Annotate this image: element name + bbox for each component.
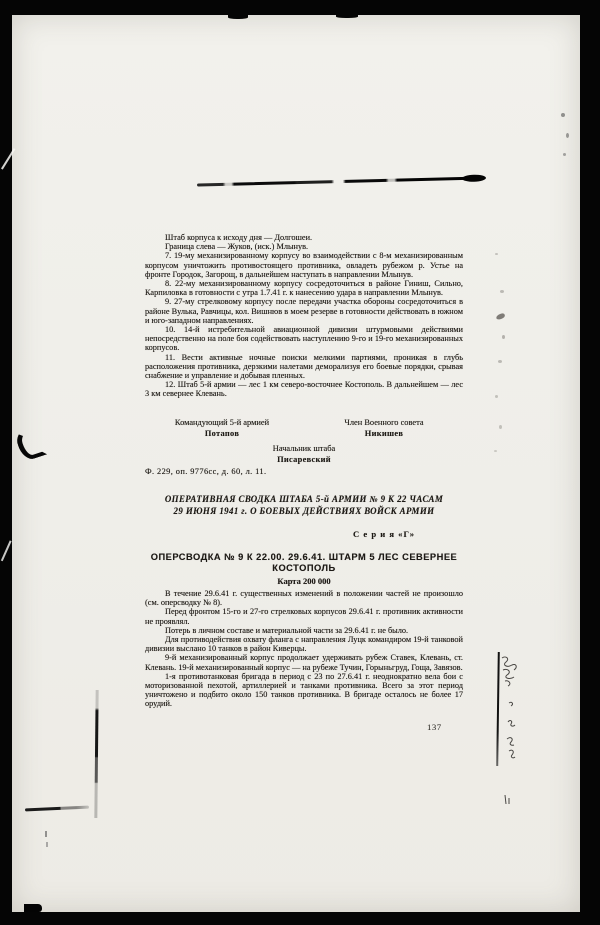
order-paragraph: 9. 27-му стрелковому корпусу после перед… [145, 297, 463, 325]
left-margin-dash [25, 806, 89, 812]
report-paragraph: Потерь в личном составе и материальной ч… [145, 626, 463, 635]
order-paragraph: 12. Штаб 5-й армии — лес 1 км северо-вос… [145, 380, 463, 398]
scan-speck [499, 425, 502, 429]
report-paragraph: В течение 29.6.41 г. существенных измене… [145, 589, 463, 607]
report-title-line: ОПЕРАТИВНАЯ СВОДКА ШТАБА 5-й АРМИИ № 9 К… [145, 494, 463, 506]
left-margin-streak [94, 690, 98, 818]
signature-commander: Командующий 5-й армией Потапов [145, 418, 299, 438]
signature-chief-of-staff: Начальник штаба Писаревский [145, 444, 463, 464]
paper-crease [1, 540, 11, 561]
scan-speck [561, 113, 565, 117]
order-paragraph: 10. 14-й истребительной авиационной диви… [145, 325, 463, 353]
scanned-page: Штаб корпуса к исходу дня — Долгошеи. Гр… [0, 0, 600, 925]
series-marking: С е р и я «Г» [145, 529, 463, 539]
signature-name: Потапов [145, 429, 299, 439]
scan-speck [495, 313, 505, 321]
report-body-section: В течение 29.6.41 г. существенных измене… [145, 589, 463, 709]
document-paper: Штаб корпуса к исходу дня — Долгошеи. Гр… [12, 15, 580, 912]
report-paragraph: 1-я противотанковая бригада в период с 2… [145, 672, 463, 709]
margin-tick [45, 831, 47, 837]
signature-title: Начальник штаба [145, 444, 463, 454]
signature-block: Командующий 5-й армией Потапов Член Воен… [145, 418, 463, 464]
scan-speck [495, 395, 498, 398]
signature-name: Никишев [319, 429, 449, 439]
scan-speck [563, 153, 566, 156]
margin-tick [46, 842, 48, 847]
order-paragraph: 7. 19-му механизированному корпусу во вз… [145, 251, 463, 279]
map-note: Карта 200 000 [145, 576, 463, 586]
order-paragraph: 8. 22-му механизированному корпусу сосре… [145, 279, 463, 297]
scan-speck [498, 360, 502, 363]
signature-military-council: Член Военного совета Никишев [319, 418, 449, 438]
report-paragraph: Перед фронтом 15-го и 27-го стрелковых к… [145, 607, 463, 625]
scan-speck [502, 335, 505, 339]
page-number: 137 [427, 722, 442, 732]
report-paragraph: Для противодействия охвату фланга с напр… [145, 635, 463, 653]
archive-reference: Ф. 229, оп. 9776сс, д. 60, л. 11. [145, 467, 463, 476]
order-continuation-section: Штаб корпуса к исходу дня — Долгошеи. Гр… [145, 233, 463, 399]
signature-title: Командующий 5-й армией [145, 418, 299, 428]
report-title-line: 29 ИЮНЯ 1941 г. О БОЕВЫХ ДЕЙСТВИЯХ ВОЙСК… [145, 506, 463, 518]
report-heading-line: КОСТОПОЛЬ [145, 563, 463, 574]
signature-name: Писаревский [145, 455, 463, 465]
report-paragraph: 9-й механизированный корпус продолжает у… [145, 653, 463, 671]
report-title: ОПЕРАТИВНАЯ СВОДКА ШТАБА 5-й АРМИИ № 9 К… [145, 494, 463, 517]
handwriting-marks [499, 655, 525, 810]
scan-speck [495, 253, 498, 255]
report-heading-line: ОПЕРСВОДКА № 9 К 22.00. 29.6.41. ШТАРМ 5… [145, 552, 463, 563]
scan-speck [500, 290, 504, 293]
scan-speck [566, 133, 569, 138]
scan-speck [494, 450, 497, 452]
order-line: Граница слева — Жуков, (иск.) Млынув. [145, 242, 463, 251]
signature-row: Командующий 5-й армией Потапов Член Воен… [145, 418, 463, 438]
ink-streak-artifact [197, 177, 483, 187]
order-line: Штаб корпуса к исходу дня — Долгошеи. [145, 233, 463, 242]
signature-title: Член Военного совета [319, 418, 449, 428]
border-ink-bump [336, 15, 358, 18]
order-paragraph: 11. Вести активные ночные поиски мелкими… [145, 353, 463, 381]
report-heading: ОПЕРСВОДКА № 9 К 22.00. 29.6.41. ШТАРМ 5… [145, 552, 463, 574]
border-ink-bump [228, 15, 248, 19]
edge-ink-blob [24, 904, 42, 912]
ink-hook-mark [14, 425, 47, 462]
